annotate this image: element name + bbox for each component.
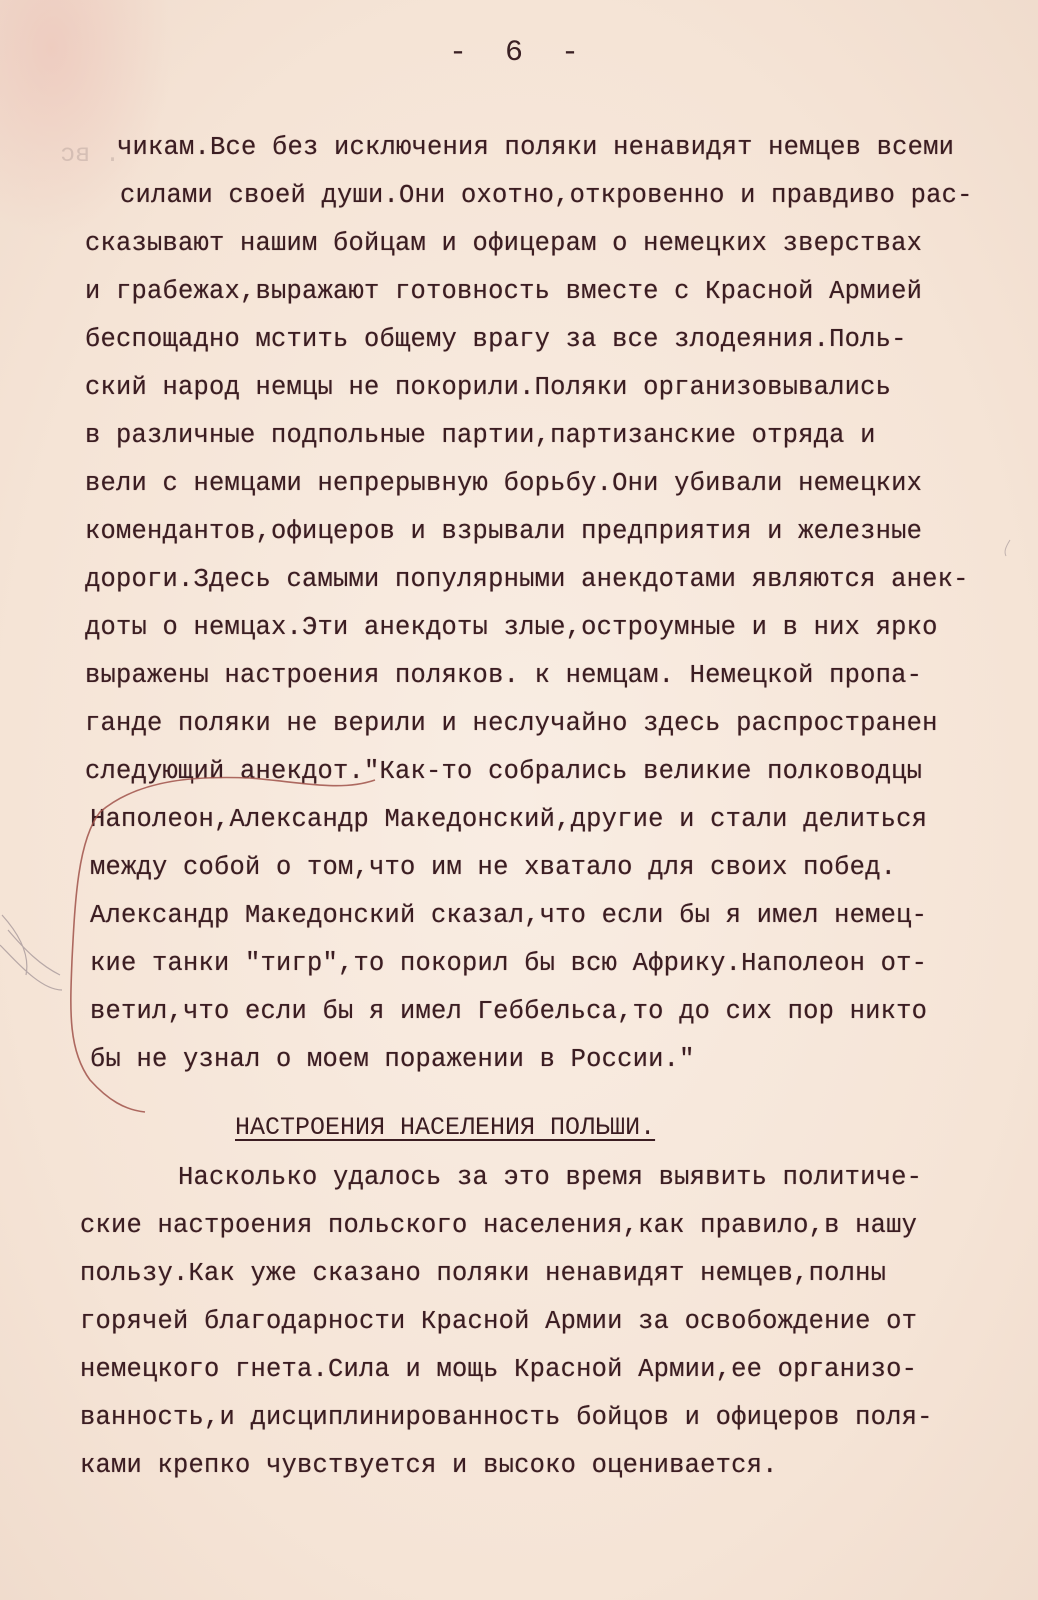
document-page: . вс - 6 - чикам.Все без исключения поля… (0, 0, 1038, 1600)
margin-scribble (0, 915, 62, 990)
pencil-bracket-annotation (0, 0, 1038, 1600)
